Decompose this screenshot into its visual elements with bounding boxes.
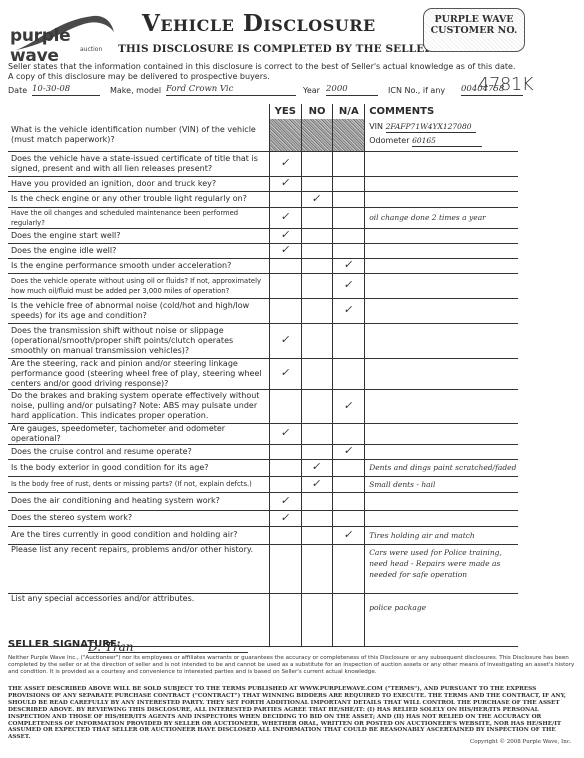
question-text: Have the oil changes and scheduled maint… [8,207,269,228]
comment-field[interactable] [365,191,518,207]
na-checkbox[interactable] [333,323,365,358]
na-checkbox[interactable]: ✓ [333,444,365,459]
date-label: Date [8,86,27,95]
question-text: Are the steering, rack and pinion and/or… [8,358,269,389]
na-checkbox[interactable] [333,228,365,243]
na-checkbox[interactable] [333,459,365,476]
table-row: Is the vehicle free of abnormal noise (c… [8,298,518,323]
page-subtitle: THIS DISCLOSURE IS COMPLETED BY THE SELL… [118,43,437,55]
make-model-label: Make, model [110,86,161,95]
yes-checkbox[interactable]: ✓ [269,492,301,510]
question-text: Does the air conditioning and heating sy… [8,492,269,510]
na-checkbox[interactable] [333,207,365,228]
no-checkbox[interactable] [301,243,333,258]
checkmark-icon: ✓ [280,428,291,438]
yes-checkbox[interactable] [269,593,301,646]
question-text: Does the vehicle have a state-issued cer… [8,151,269,176]
question-text: Is the body free of rust, dents or missi… [8,476,269,492]
comment-field[interactable] [365,492,518,510]
comment-field[interactable] [365,510,518,526]
handwritten-comment: Dents and dings paint scratched/faded [369,463,516,472]
yes-checkbox[interactable] [269,544,301,593]
comment-field[interactable] [365,258,518,273]
na-checkbox[interactable] [333,151,365,176]
date-field[interactable]: 10-30-08 [32,84,100,96]
no-checkbox[interactable] [301,358,333,389]
no-checkbox[interactable] [301,298,333,323]
comment-field[interactable] [365,243,518,258]
table-row: Is the engine performance smooth under a… [8,258,518,273]
checkmark-icon: ✓ [280,496,291,506]
comment-field[interactable]: VIN 2FAFP71W4YX127080Odometer 60165 [365,119,518,151]
na-checkbox[interactable] [333,243,365,258]
yes-checkbox[interactable]: ✓ [269,243,301,258]
no-checkbox[interactable] [301,492,333,510]
checkmark-icon: ✓ [280,212,291,222]
table-row: Does the engine idle well?✓ [8,243,518,258]
question-text: Is the engine performance smooth under a… [8,258,269,273]
checkmark-icon: ✓ [312,479,323,489]
no-checkbox[interactable] [301,323,333,358]
checkmark-icon: ✓ [343,280,354,290]
question-header [8,104,269,119]
question-text: Please list any recent repairs, problems… [8,544,269,593]
table-row: Is the body free of rust, dents or missi… [8,476,518,492]
question-text: Does the vehicle operate without using o… [8,273,269,298]
question-text: Are gauges, speedometer, tachometer and … [8,423,269,444]
yes-checkbox[interactable] [269,459,301,476]
no-checkbox[interactable] [301,423,333,444]
no-checkbox[interactable] [301,258,333,273]
table-row: Are the tires currently in good conditio… [8,526,518,544]
table-row: Is the body exterior in good condition f… [8,459,518,476]
na-checkbox[interactable]: ✓ [333,298,365,323]
customer-number-box: PURPLE WAVE CUSTOMER NO. [423,8,525,52]
disclaimer-text: Neither Purple Wave Inc., ("Auctioneer")… [8,655,578,675]
question-text: Is the body exterior in good condition f… [8,459,269,476]
checkmark-icon: ✓ [343,401,354,411]
question-text: Does the cruise control and resume opera… [8,444,269,459]
table-row: Have the oil changes and scheduled maint… [8,207,518,228]
handwritten-comment: oil change done 2 times a year [369,213,486,222]
yes-checkbox[interactable]: ✓ [269,207,301,228]
checkmark-icon: ✓ [343,260,354,270]
comment-field[interactable] [365,423,518,444]
question-text: Have you provided an ignition, door and … [8,176,269,191]
na-checkbox[interactable] [333,358,365,389]
checkmark-icon: ✓ [280,335,291,345]
table-row: Does the air conditioning and heating sy… [8,492,518,510]
checkmark-icon: ✓ [343,530,354,540]
yes-checkbox[interactable] [269,476,301,492]
table-row: Do the brakes and braking system operate… [8,389,518,423]
icn-field[interactable]: 00404758 [461,84,523,96]
table-row: Are gauges, speedometer, tachometer and … [8,423,518,444]
checkmark-icon: ✓ [280,178,291,188]
table-row: Are the steering, rack and pinion and/or… [8,358,518,389]
na-checkbox[interactable] [333,191,365,207]
table-row: Does the transmission shift without nois… [8,323,518,358]
no-checkbox[interactable] [301,593,333,646]
checkmark-icon: ✓ [280,245,291,255]
table-row: Does the vehicle operate without using o… [8,273,518,298]
no-checkbox[interactable]: ✓ [301,459,333,476]
no-header: NO [301,104,333,119]
comment-field[interactable]: Dents and dings paint scratched/faded [365,459,518,476]
comment-field[interactable] [365,273,518,298]
na-checkbox[interactable] [333,510,365,526]
vin-field[interactable]: 2FAFP71W4YX127080 [386,122,476,133]
table-row: Please list any recent repairs, problems… [8,544,518,593]
statement-line2: A copy of this disclosure may be deliver… [8,72,578,82]
question-text: Does the stereo system work? [8,510,269,526]
question-text: What is the vehicle identification numbe… [8,119,269,151]
na-checkbox[interactable] [333,119,365,151]
checkmark-icon: ✓ [280,158,291,168]
no-checkbox[interactable] [301,273,333,298]
yes-checkbox[interactable] [269,273,301,298]
table-row: Have you provided an ignition, door and … [8,176,518,191]
table-row: Is the check engine or any other trouble… [8,191,518,207]
yes-checkbox[interactable] [269,258,301,273]
seller-statement: Seller states that the information conta… [8,62,578,82]
table-row: What is the vehicle identification numbe… [8,119,518,151]
na-checkbox[interactable] [333,176,365,191]
odometer-label: Odometer [369,136,409,145]
no-checkbox[interactable] [301,151,333,176]
make-model-field[interactable]: Ford Crown Vic [166,84,296,96]
comment-field[interactable] [365,176,518,191]
handwritten-comment: Small dents - hail [369,480,435,489]
na-header: N/A [333,104,365,119]
question-text: Is the vehicle free of abnormal noise (c… [8,298,269,323]
odometer-line: Odometer 60165 [369,136,518,147]
no-checkbox[interactable]: ✓ [301,191,333,207]
comment-field[interactable]: police package [365,593,518,646]
na-checkbox[interactable] [333,544,365,593]
yes-checkbox[interactable]: ✓ [269,176,301,191]
vin-label: VIN [369,122,383,131]
yes-checkbox[interactable] [269,444,301,459]
checkmark-icon: ✓ [343,305,354,315]
no-checkbox[interactable] [301,119,333,151]
yes-checkbox[interactable]: ✓ [269,151,301,176]
checkmark-icon: ✓ [312,462,323,472]
yes-checkbox[interactable]: ✓ [269,228,301,243]
legal-terms: THE ASSET DESCRIBED ABOVE WILL BE SOLD S… [8,686,578,741]
no-checkbox[interactable] [301,544,333,593]
handwritten-comment: Tires holding air and match [369,531,475,540]
checkmark-icon: ✓ [343,446,354,456]
na-checkbox[interactable] [333,423,365,444]
vin-line: VIN 2FAFP71W4YX127080 [369,122,518,133]
handwritten-comment: police package [369,594,518,613]
comments-header: COMMENTS [365,104,518,119]
checkmark-icon: ✓ [280,513,291,523]
no-checkbox[interactable] [301,510,333,526]
question-text: Does the engine start well? [8,228,269,243]
na-checkbox[interactable] [333,476,365,492]
na-checkbox[interactable]: ✓ [333,389,365,423]
question-text: Do the brakes and braking system operate… [8,389,269,423]
yes-checkbox[interactable] [269,298,301,323]
checkmark-icon: ✓ [312,194,323,204]
no-checkbox[interactable] [301,444,333,459]
comment-field[interactable] [365,228,518,243]
year-field[interactable]: 2000 [326,84,378,96]
no-checkbox[interactable] [301,207,333,228]
vehicle-fields: Date 10-30-08 Make, model Ford Crown Vic… [8,84,578,98]
comment-field[interactable] [365,444,518,459]
checkmark-icon: ✓ [280,230,291,240]
statement-line1: Seller states that the information conta… [8,62,578,72]
no-checkbox[interactable] [301,526,333,544]
comment-field[interactable]: oil change done 2 times a year [365,207,518,228]
logo-subtext: auction [80,46,102,53]
copyright: Copyright © 2008 Purple Wave, Inc. [470,739,572,745]
na-checkbox[interactable]: ✓ [333,273,365,298]
no-checkbox[interactable] [301,228,333,243]
customer-box-line1: PURPLE WAVE [424,14,524,25]
customer-box-line2: CUSTOMER NO. [424,25,524,36]
no-checkbox[interactable] [301,389,333,423]
purple-wave-logo: purple wave auction [8,12,118,52]
yes-checkbox[interactable] [269,389,301,423]
yes-checkbox[interactable]: ✓ [269,358,301,389]
yes-checkbox[interactable]: ✓ [269,423,301,444]
disclosure-table: YES NO N/A COMMENTS What is the vehicle … [8,104,518,647]
page-title: Vehicle Disclosure [142,10,376,37]
na-checkbox[interactable] [333,593,365,646]
comment-field[interactable]: Small dents - hail [365,476,518,492]
na-checkbox[interactable]: ✓ [333,258,365,273]
handwritten-comment: Cars were used for Police training, need… [369,545,518,580]
yes-checkbox[interactable] [269,526,301,544]
no-checkbox[interactable]: ✓ [301,476,333,492]
table-row: Does the engine start well?✓ [8,228,518,243]
comment-field[interactable] [365,389,518,423]
table-row: Does the vehicle have a state-issued cer… [8,151,518,176]
question-text: Does the transmission shift without nois… [8,323,269,358]
question-text: Are the tires currently in good conditio… [8,526,269,544]
yes-checkbox[interactable]: ✓ [269,323,301,358]
na-checkbox[interactable]: ✓ [333,526,365,544]
question-text: Is the check engine or any other trouble… [8,191,269,207]
yes-header: YES [269,104,301,119]
icn-label: ICN No., if any [388,86,445,95]
year-label: Year [303,86,320,95]
yes-checkbox[interactable] [269,191,301,207]
na-checkbox[interactable] [333,492,365,510]
comment-field[interactable] [365,298,518,323]
comment-field[interactable] [365,358,518,389]
seller-signature-field[interactable]: D. Tran [88,640,248,653]
table-row: Does the stereo system work?✓ [8,510,518,526]
comment-field[interactable] [365,151,518,176]
question-text: Does the engine idle well? [8,243,269,258]
yes-checkbox[interactable]: ✓ [269,510,301,526]
no-checkbox[interactable] [301,176,333,191]
checkmark-icon: ✓ [280,368,291,378]
comment-field[interactable] [365,323,518,358]
table-row: Does the cruise control and resume opera… [8,444,518,459]
yes-checkbox[interactable] [269,119,301,151]
odometer-field[interactable]: 60165 [412,136,482,147]
comment-field[interactable]: Cars were used for Police training, need… [365,544,518,593]
comment-field[interactable]: Tires holding air and match [365,526,518,544]
